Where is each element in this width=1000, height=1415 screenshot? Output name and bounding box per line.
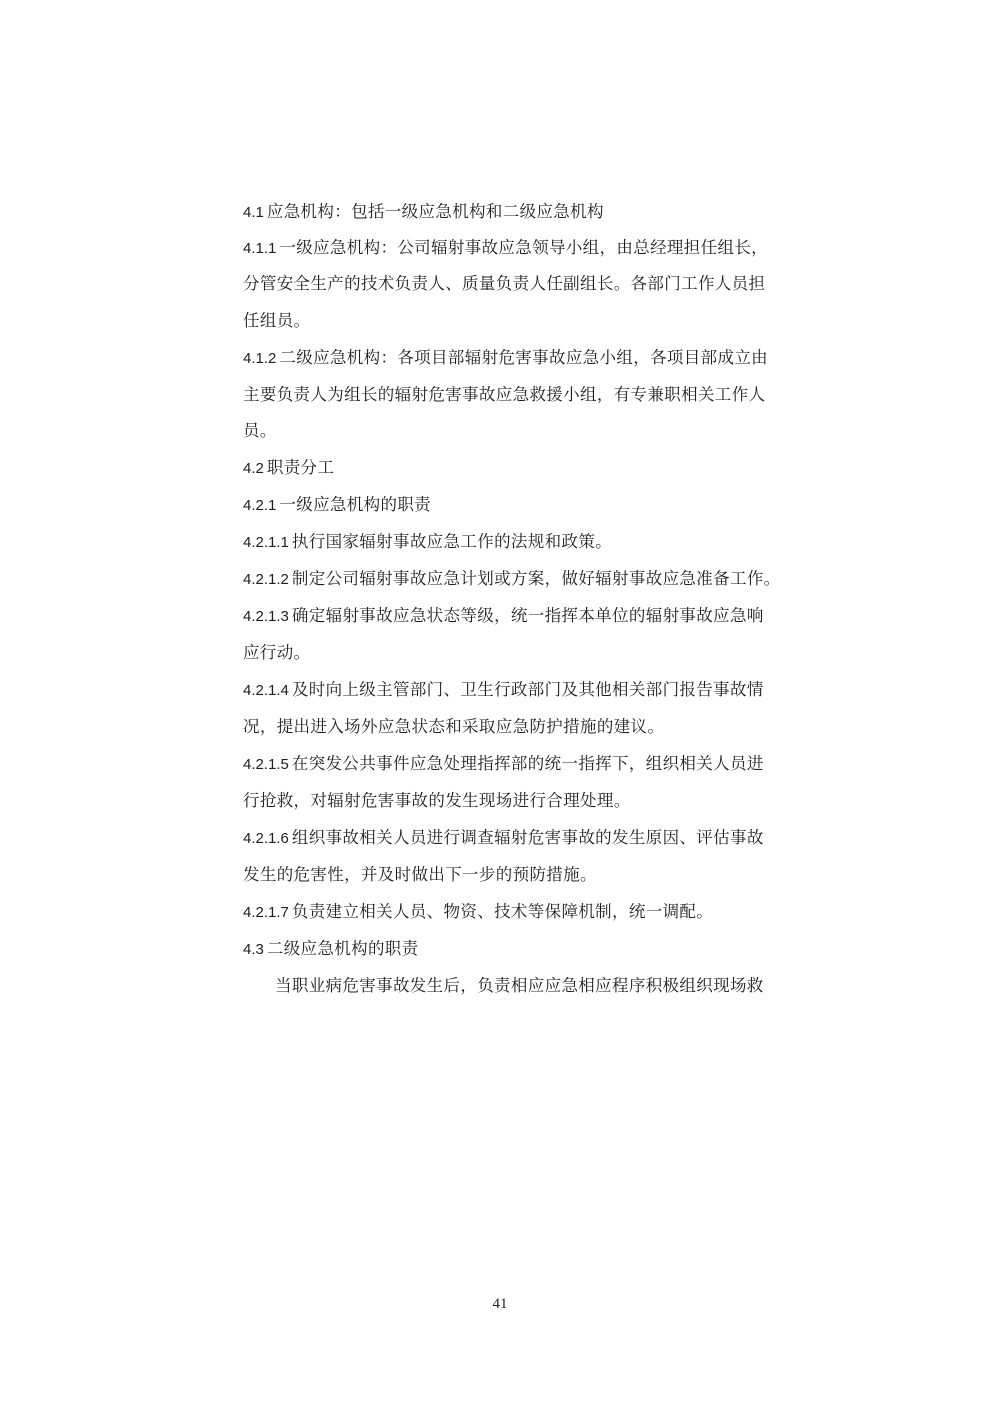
- section-heading-line: 4.1.1一级应急机构：公司辐射事故应急领导小组，由总经理担任组长，: [243, 237, 768, 260]
- text-line: 员。: [243, 420, 277, 442]
- line-text: 况，提出进入场外应急状态和采取应急防护措施的建议。: [243, 717, 664, 736]
- line-text: 当职业病危害事故发生后，负责相应应急相应程序积极组织现场救: [275, 976, 764, 995]
- section-heading-line: 4.3二级应急机构的职责: [243, 938, 419, 961]
- line-text: 组织事故相关人员进行调查辐射危害事故的发生原因、评估事故: [292, 828, 764, 847]
- line-text: 应急机构：包括一级应急机构和二级应急机构: [267, 202, 604, 221]
- line-text: 行抢救，对辐射危害事故的发生现场进行合理处理。: [243, 791, 631, 810]
- section-number: 4.2.1.5: [243, 756, 289, 773]
- line-text: 二级应急机构：各项目部辐射危害事故应急小组，各项目部成立由: [279, 348, 768, 367]
- section-heading-line: 4.2.1.1执行国家辐射事故应急工作的法规和政策。: [243, 531, 612, 554]
- text-line: 任组员。: [243, 310, 310, 332]
- line-text: 应行动。: [243, 643, 310, 662]
- document-page: 4.1应急机构：包括一级应急机构和二级应急机构4.1.1一级应急机构：公司辐射事…: [0, 0, 1000, 1415]
- section-number: 4.2.1.6: [243, 830, 289, 847]
- text-line: 分管安全生产的技术负责人、质量负责人任副组长。各部门工作人员担: [243, 273, 765, 295]
- line-text: 任组员。: [243, 311, 310, 330]
- section-heading-line: 4.2.1.7负责建立相关人员、物资、技术等保障机制，统一调配。: [243, 901, 713, 924]
- line-text: 制定公司辐射事故应急计划或方案，做好辐射事故应急准备工作。: [292, 569, 781, 588]
- text-line: 发生的危害性，并及时做出下一步的预防措施。: [243, 864, 597, 886]
- line-text: 一级应急机构：公司辐射事故应急领导小组，由总经理担任组长，: [279, 238, 768, 257]
- section-heading-line: 4.2.1.6组织事故相关人员进行调查辐射危害事故的发生原因、评估事故: [243, 827, 764, 850]
- section-heading-line: 4.2职责分工: [243, 457, 334, 480]
- line-text: 主要负责人为组长的辐射危害事故应急救援小组，有专兼职相关工作人: [243, 385, 765, 404]
- line-text: 员。: [243, 421, 277, 440]
- section-number: 4.1.2: [243, 350, 276, 367]
- line-text: 在突发公共事件应急处理指挥部的统一指挥下，组织相关人员进: [292, 754, 764, 773]
- section-heading-line: 4.2.1一级应急机构的职责: [243, 494, 431, 517]
- line-text: 职责分工: [267, 458, 334, 477]
- section-heading-line: 4.2.1.5在突发公共事件应急处理指挥部的统一指挥下，组织相关人员进: [243, 753, 764, 776]
- line-text: 一级应急机构的职责: [279, 495, 431, 514]
- section-number: 4.2: [243, 460, 264, 477]
- section-heading-line: 4.2.1.3确定辐射事故应急状态等级，统一指挥本单位的辐射事故应急响: [243, 605, 764, 628]
- line-text: 执行国家辐射事故应急工作的法规和政策。: [292, 532, 612, 551]
- section-number: 4.2.1.4: [243, 682, 289, 699]
- section-number: 4.1: [243, 204, 264, 221]
- line-text: 负责建立相关人员、物资、技术等保障机制，统一调配。: [292, 902, 713, 921]
- text-line: 当职业病危害事故发生后，负责相应应急相应程序积极组织现场救: [275, 975, 764, 997]
- line-text: 确定辐射事故应急状态等级，统一指挥本单位的辐射事故应急响: [292, 606, 764, 625]
- section-heading-line: 4.1应急机构：包括一级应急机构和二级应急机构: [243, 201, 604, 224]
- section-number: 4.1.1: [243, 240, 276, 257]
- section-number: 4.2.1.7: [243, 904, 289, 921]
- text-line: 主要负责人为组长的辐射危害事故应急救援小组，有专兼职相关工作人: [243, 384, 765, 406]
- section-number: 4.2.1.3: [243, 608, 289, 625]
- section-heading-line: 4.2.1.4及时向上级主管部门、卫生行政部门及其他相关部门报告事故情: [243, 679, 764, 702]
- page-number: 41: [0, 1296, 1000, 1313]
- line-text: 发生的危害性，并及时做出下一步的预防措施。: [243, 865, 597, 884]
- text-line: 行抢救，对辐射危害事故的发生现场进行合理处理。: [243, 790, 631, 812]
- section-heading-line: 4.1.2二级应急机构：各项目部辐射危害事故应急小组，各项目部成立由: [243, 347, 768, 370]
- section-number: 4.2.1.2: [243, 571, 289, 588]
- line-text: 分管安全生产的技术负责人、质量负责人任副组长。各部门工作人员担: [243, 274, 765, 293]
- section-number: 4.2.1: [243, 497, 276, 514]
- line-text: 及时向上级主管部门、卫生行政部门及其他相关部门报告事故情: [292, 680, 764, 699]
- section-number: 4.2.1.1: [243, 534, 289, 551]
- text-line: 况，提出进入场外应急状态和采取应急防护措施的建议。: [243, 716, 664, 738]
- line-text: 二级应急机构的职责: [267, 939, 419, 958]
- text-line: 应行动。: [243, 642, 310, 664]
- section-heading-line: 4.2.1.2制定公司辐射事故应急计划或方案，做好辐射事故应急准备工作。: [243, 568, 781, 591]
- section-number: 4.3: [243, 941, 264, 958]
